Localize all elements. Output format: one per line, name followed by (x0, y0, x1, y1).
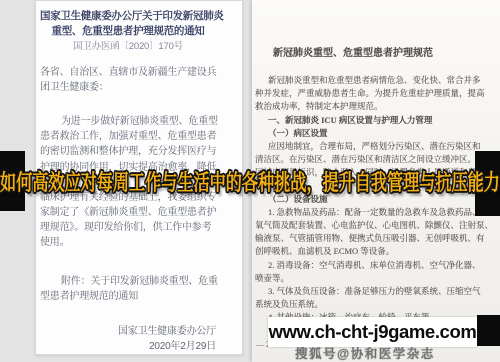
notice-line: 国卫办医函〔2020〕170号 (40, 39, 216, 54)
notice-line: 各省、自治区、直辖市及新疆生产建设兵 (40, 65, 216, 80)
notice-line (40, 55, 216, 65)
regulation-line: 输液泵、气管插管用物、便携式负压吸引器、无创呼吸机、有 (255, 232, 495, 245)
regulation-line: 氧气筒及配套装置、心电监护仪、心电图机、除颤仪、注射泵、 (255, 219, 495, 232)
regulation-line: 1. 急救物品及药品：配备一定数量的急救车及急救药品、 (255, 206, 495, 219)
regulation-line: 新冠肺炎重型、危重型患者护理规范 (255, 46, 495, 62)
overlay-headline: 如何高效应对每周工作与生活中的各种挑战，提升自我管理与抗压能力 (0, 171, 500, 195)
regulation-line: 喷壶等。 (255, 272, 495, 285)
watermark-black-block (477, 315, 500, 346)
regulation-line: 一、新冠肺炎 ICU 病区设置与护理人力管理 (255, 114, 495, 127)
notice-line: 使用。 (40, 235, 216, 250)
regulation-line: 创呼吸机、血滤机及 ECMO 等设备。 (255, 245, 495, 258)
notice-line: 国家卫生健康委办公厅 (40, 324, 216, 339)
notice-line: 的密切监测和整体护理，充分发挥医疗与 (40, 144, 216, 159)
notice-line: 国家卫生健康委办公厅关于印发新冠肺炎 (40, 9, 216, 24)
notice-line: 患者救治工作，加强对重型、危重型患者 (40, 129, 216, 144)
regulation-line: 2. 消毒设备：空气消毒机、床单位消毒机、空气净化器、 (255, 259, 495, 272)
site-watermark: www.ch-cht-j9game.com (268, 317, 477, 347)
notice-line: 型患者护理规范的通知 (40, 289, 216, 304)
notice-line: 团卫生健康委： (40, 80, 216, 95)
notice-line: 2020年2月29日 (40, 339, 216, 354)
regulation-line: （一）病区设置 (255, 127, 495, 140)
regulation-line: 清洁区。在污染区、潜在污染区和清洁区之间设立缓冲区。各 (255, 153, 495, 166)
notice-line: 理规范》。现印发给你们，供工作中参考 (40, 220, 216, 235)
notice-line (40, 251, 216, 274)
regulation-line: 种并发症，严重威胁患者生命。为提升危重症护理质量，提高 (255, 87, 495, 100)
screenshot-root: 国家卫生健康委办公厅关于印发新冠肺炎重型、危重型患者护理规范的通知国卫办医函〔2… (0, 0, 500, 362)
notice-line: 为进一步做好新冠肺炎重型、危重型 (40, 114, 216, 129)
site-watermark-url: www.ch-cht-j9game.com (269, 321, 477, 343)
regulation-line: 应因地制宜，合理布局，严格划分污染区、潜在污染区和 (255, 140, 495, 153)
notice-line: 家制定了《新冠肺炎重型、危重型患者护 (40, 205, 216, 220)
notice-line (40, 304, 216, 324)
notice-line: 附件：关于印发新冠肺炎重型、危重 (40, 274, 216, 289)
notice-line: 重型、危重型患者护理规范的通知 (40, 24, 216, 39)
regulation-line: 救治成功率，特制定本护理规范。 (255, 100, 495, 113)
regulation-line: 系统及负压系统。 (255, 298, 495, 311)
regulation-line: 新冠肺炎重型和危重型患者病情危急、变化快、常合并多 (255, 74, 495, 87)
notice-line (40, 95, 216, 114)
regulation-line: 3. 气体及负压设备：准备足够压力的壁氧系统、压缩空气 (255, 285, 495, 298)
regulation-line (255, 62, 495, 74)
